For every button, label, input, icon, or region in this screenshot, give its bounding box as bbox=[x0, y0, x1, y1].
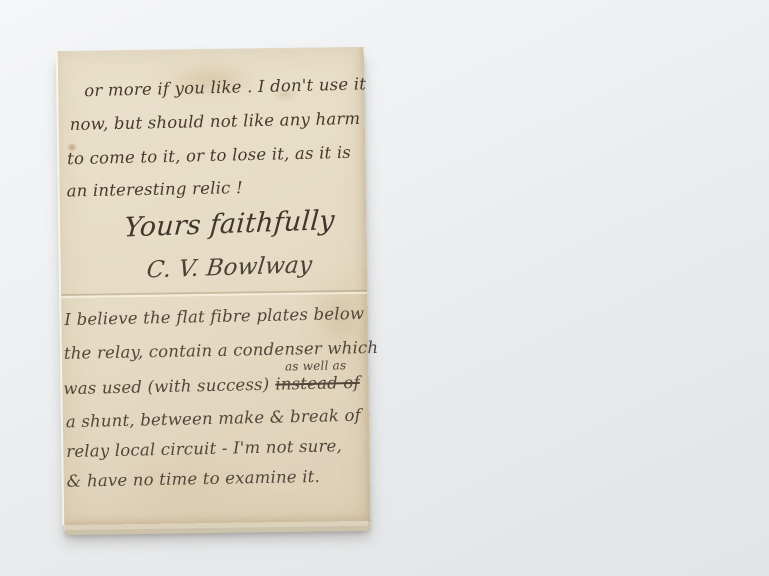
letter-body-line: now, but should not like any harm bbox=[70, 109, 361, 134]
valediction: Yours faithfully bbox=[123, 205, 336, 243]
postscript-line: & have no time to examine it. bbox=[67, 467, 321, 491]
postscript-line: I believe the flat fibre plates below bbox=[64, 304, 364, 329]
letter-body-line: or more if you like . I don't use it bbox=[84, 74, 366, 100]
signature: C. V. Bowlway bbox=[145, 252, 313, 283]
postscript-line: was used (with success)as well asinstead… bbox=[63, 373, 360, 398]
correction-group: as well asinstead of bbox=[275, 373, 360, 394]
letter-body-line: to come to it, or to lose it, as it is bbox=[67, 143, 351, 168]
postscript-line-text: was used (with success) bbox=[63, 375, 269, 398]
inserted-text: as well as bbox=[285, 358, 347, 373]
photo-background: or more if you like . I don't use it now… bbox=[0, 0, 769, 576]
fold-crease bbox=[61, 290, 367, 298]
letter-page: or more if you like . I don't use it now… bbox=[56, 47, 371, 525]
postscript-line: a shunt, between make & break of bbox=[66, 406, 362, 432]
letter-body-line: an interesting relic ! bbox=[66, 178, 243, 200]
struck-through-text: instead of bbox=[275, 373, 360, 394]
postscript-line: relay local circuit - I'm not sure, bbox=[66, 436, 342, 461]
folded-letter: or more if you like . I don't use it now… bbox=[56, 47, 369, 529]
